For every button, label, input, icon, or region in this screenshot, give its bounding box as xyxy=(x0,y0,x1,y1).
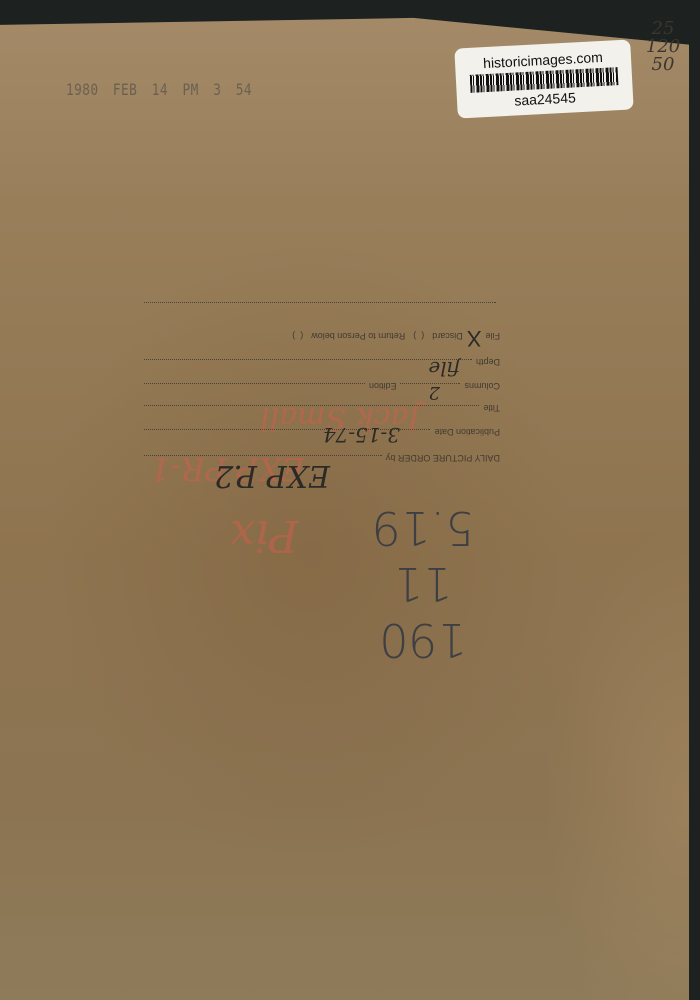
file-label: File xyxy=(485,331,500,341)
order-by-label: DAILY PICTURE ORDER by xyxy=(386,453,500,463)
return-label: Return to Person below xyxy=(311,331,405,341)
red-annotation-bottom: Pix xyxy=(230,510,299,561)
depth-value: file xyxy=(428,357,460,381)
corner-notes: 25 120 50 xyxy=(638,20,688,74)
pencil-number: 5.19 xyxy=(368,500,478,556)
file-row: File X Discard ( ) Return to Person belo… xyxy=(140,331,500,345)
order-by-line xyxy=(144,455,382,456)
pencil-numbers: 5.19 11 190 xyxy=(368,500,478,668)
publication-date-label: Publication Date xyxy=(434,427,500,437)
archive-label: historicimages.com saa24545 xyxy=(454,39,633,118)
edition-line xyxy=(144,383,365,384)
edition-label: Edition xyxy=(369,381,397,391)
photo-back-paper xyxy=(0,10,689,1000)
columns-row: Columns Edition xyxy=(140,381,500,391)
publication-date-row: Publication Date xyxy=(140,427,500,437)
title-row: Title xyxy=(140,403,500,413)
order-by-value: EXP P.2 xyxy=(214,458,330,493)
title-label: Title xyxy=(483,403,500,413)
file-checkmark-icon: X xyxy=(467,331,482,345)
depth-line xyxy=(144,359,472,360)
return-checkbox: ( ) xyxy=(292,331,303,341)
corner-note: 50 xyxy=(638,56,688,74)
person-row xyxy=(140,300,500,303)
columns-value: 2 xyxy=(429,382,440,403)
date-stamp: 1980 FEB 14 PM 3 54 xyxy=(66,80,252,99)
publication-date-value: 3-15-74 xyxy=(323,423,400,447)
columns-label: Columns xyxy=(464,381,500,391)
depth-label: Depth xyxy=(476,357,500,367)
pencil-number: 190 xyxy=(368,612,478,668)
person-line xyxy=(144,302,496,303)
title-line xyxy=(144,405,479,406)
discard-checkbox: ( ) xyxy=(413,331,424,341)
pencil-number: 11 xyxy=(368,556,478,612)
discard-label: Discard xyxy=(432,331,463,341)
picture-order-form: DAILY PICTURE ORDER by EXP P.2 Publicati… xyxy=(140,295,500,465)
